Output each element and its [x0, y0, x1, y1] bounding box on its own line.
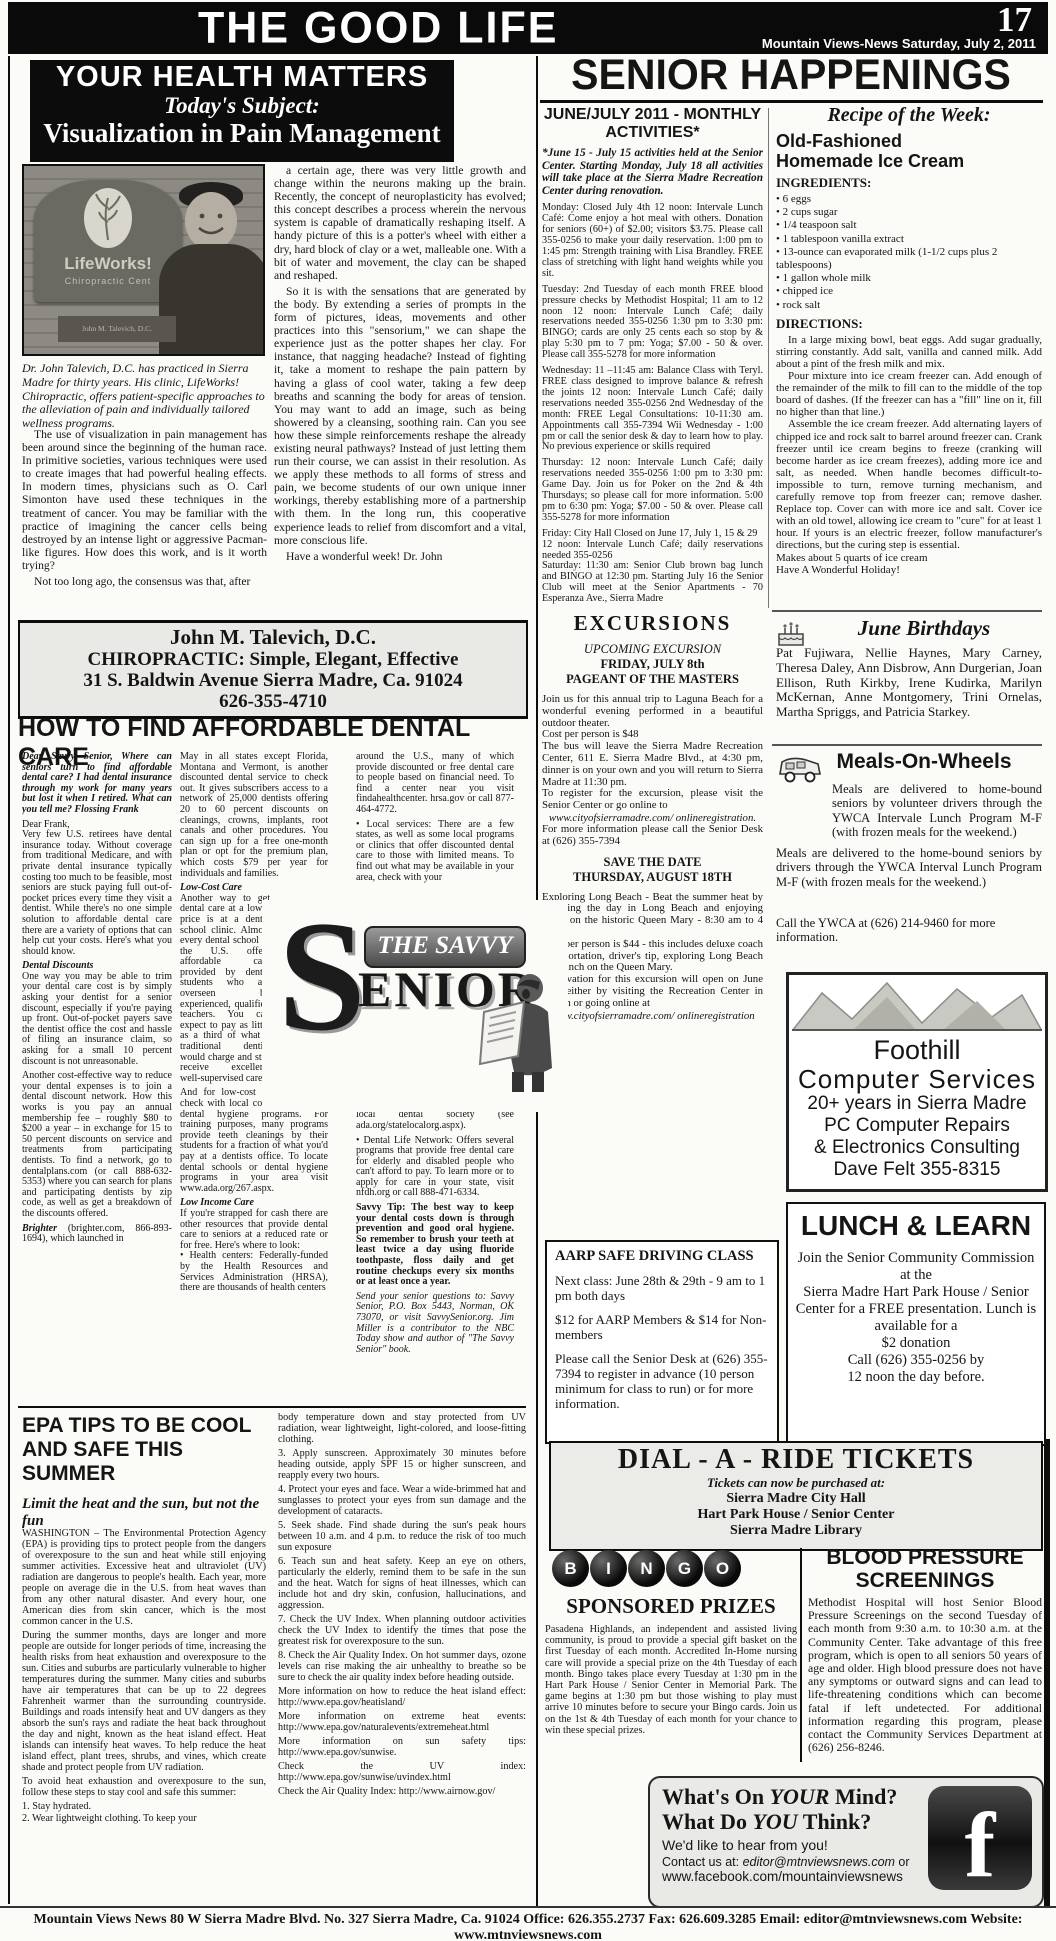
info-link: Check the Air Quality Index: http://www.… — [278, 1786, 526, 1797]
bingo-ball: N — [628, 1550, 665, 1587]
paragraph: around the U.S., many of which provide d… — [356, 752, 514, 816]
headline-rule — [540, 100, 1043, 103]
save-the-date-date: THURSDAY, AUGUST 18TH — [542, 870, 763, 885]
ad-line: PC Computer Repairs — [789, 1115, 1045, 1137]
ad-contact: Dave Felt 355-8315 — [789, 1159, 1045, 1181]
recipe-column: Recipe of the Week: Old-Fashioned Homema… — [776, 104, 1042, 576]
bingo-ball: I — [590, 1550, 627, 1587]
epa-headline: EPA TIPS TO BE COOL AND SAFE THIS SUMMER — [22, 1414, 272, 1486]
dial-title: DIAL - A - RIDE TICKETS — [551, 1445, 1041, 1475]
direction-step: Pour mixture into ice cream freezer can.… — [776, 370, 1042, 418]
brand-lead: Brighter — [22, 1223, 57, 1234]
excursion-label: UPCOMING EXCURSION — [542, 642, 763, 657]
paragraph: body temperature down and stay protected… — [278, 1412, 526, 1445]
birthdays-title: June Birthdays — [806, 616, 1042, 641]
facebook-url: www.facebook.com/mountainviewsnews — [662, 1869, 912, 1884]
paragraph: $12 for AARP Members & $14 for Non-membe… — [555, 1312, 769, 1342]
paragraph: Exploring Long Beach - Beat the summer h… — [542, 892, 763, 939]
day-schedule: Tuesday: 2nd Tuesday of each month FREE … — [542, 285, 763, 361]
masthead-dateline: Mountain Views-News Saturday, July 2, 20… — [762, 36, 1036, 51]
text: What Do — [662, 1809, 752, 1834]
text: What's On — [662, 1784, 770, 1809]
smile-icon — [185, 192, 237, 250]
footer-contact-line: Mountain Views News 80 W Sierra Madre Bl… — [0, 1912, 1056, 1941]
excursion-event: PAGEANT OF THE MASTERS — [542, 672, 763, 687]
talevich-photo: LifeWorks! Chiropractic Cent John M. Tal… — [22, 164, 265, 356]
direction-step: Assemble the ice cream freezer. Add alte… — [776, 418, 1042, 551]
savvy-tip: Savvy Tip: The best way to keep your den… — [356, 1203, 514, 1288]
line: at the — [788, 1267, 1044, 1284]
aarp-driving-class-box: AARP SAFE DRIVING CLASS Next class: June… — [545, 1240, 779, 1444]
chiropractic-ad: John M. Talevich, D.C. CHIROPRACTIC: Sim… — [18, 620, 528, 719]
health-subject: Visualization in Pain Management — [30, 118, 454, 148]
day-schedule: Saturday: 11:30 am: Senior Club brown ba… — [542, 561, 763, 605]
text: Think? — [798, 1809, 872, 1834]
save-the-date-title: SAVE THE DATE — [542, 855, 763, 870]
ingredient-item: chipped ice — [776, 285, 1042, 298]
column-signoff: Send your senior questions to: Savvy Sen… — [356, 1292, 514, 1356]
paragraph: May in all states except Florida, Montan… — [180, 752, 328, 879]
ingredient-item: 1/4 teaspoon salt — [776, 219, 1042, 232]
ad-line: Foothill — [789, 1036, 1045, 1065]
paragraph: So it is with the sensations that are ge… — [274, 285, 526, 547]
info-link: Check the UV index: http://www.epa.gov/s… — [278, 1761, 526, 1783]
directions-label: DIRECTIONS: — [776, 316, 1042, 332]
contact-line: Contact us at: editor@mtnviewsnews.com o… — [662, 1855, 912, 1869]
plant-icon — [84, 188, 132, 248]
article-signoff: Have a wonderful week! Dr. John — [274, 550, 526, 563]
dental-col1: Dear Savvy Senior, Where can seniors tur… — [22, 752, 172, 1406]
blood-pressure-title: BLOOD PRESSURE SCREENINGS — [808, 1546, 1042, 1592]
ad-address: 31 S. Baldwin Avenue Sierra Madre, Ca. 9… — [20, 670, 526, 691]
aarp-title: AARP SAFE DRIVING CLASS — [555, 1248, 769, 1265]
big-s-letter: S — [278, 886, 366, 1068]
sign-emblem — [84, 188, 132, 248]
emphasis: YOUR — [770, 1784, 830, 1809]
meals-title: Meals-On-Wheels — [806, 750, 1042, 774]
health-article-col2: a certain age, there was very little gro… — [274, 164, 526, 616]
paragraph: Another cost-effective way to reduce you… — [22, 1071, 172, 1219]
dial-subtitle: Tickets can now be purchased at: — [551, 1475, 1041, 1491]
list-item: 5. Seek shade. Find shade during the sun… — [278, 1520, 526, 1553]
ad-line: 20+ years in Sierra Madre — [789, 1093, 1045, 1115]
ad-name: John M. Talevich, D.C. — [20, 626, 526, 649]
man-face — [185, 192, 237, 250]
info-link: More information on how to reduce the he… — [278, 1686, 526, 1708]
section-divider — [772, 610, 1042, 612]
right-edge-bar — [1044, 1439, 1050, 1906]
direction-step: In a large mixing bowl, beat eggs. Add s… — [776, 334, 1042, 370]
paragraph: For more information please call the Sen… — [542, 824, 763, 848]
savvy-senior-logo: S THE SAVVY ENIOR — [262, 900, 568, 1112]
paragraph: Call the YWCA at (626) 214-9460 for more… — [776, 916, 1042, 945]
paragraph-text: Another way to get dental care at a lowe… — [180, 893, 270, 1084]
paragraph: Meals are delivered to home-bound senior… — [832, 782, 1042, 839]
line: $2 donation — [788, 1335, 1044, 1352]
ingredient-item: rock salt — [776, 299, 1042, 312]
sponsored-prizes-text: Pasadena Highlands, an independent and a… — [545, 1624, 797, 1764]
day-schedule: 12 noon: Intervale Lunch Café; daily res… — [542, 540, 763, 562]
epa-col1: WASHINGTON – The Environmental Protectio… — [22, 1528, 266, 1900]
bingo-blood-divider — [800, 1548, 802, 1762]
ingredient-item: 13-ounce can evaporated milk (1-1/2 cups… — [776, 246, 1042, 272]
bingo-ball: G — [666, 1550, 703, 1587]
birthdays-names: Pat Fujiwara, Nellie Haynes, Mary Carney… — [776, 646, 1042, 720]
lunch-learn-title: LUNCH & LEARN — [788, 1210, 1044, 1242]
ad-tagline: CHIROPRACTIC: Simple, Elegant, Effective — [20, 649, 526, 670]
list-item: 6. Teach sun and heat safety. Keep an ey… — [278, 1556, 526, 1611]
ad-line: & Electronics Consulting — [789, 1137, 1045, 1159]
ad-line: Computer Services — [789, 1065, 1045, 1093]
paragraph: Reservation for this excursion will open… — [542, 974, 763, 1009]
paragraph: Please call the Senior Desk at (626) 355… — [555, 1351, 769, 1411]
day-schedule: Wednesday: 11 –11:45 am: Balance Class w… — [542, 366, 763, 453]
emphasis: YOU — [752, 1809, 797, 1834]
mountains-graphic — [792, 975, 1042, 1031]
sponsored-prizes-title: SPONSORED PRIZES — [545, 1594, 797, 1619]
left-edge-rule — [8, 56, 10, 1904]
dial-location: Sierra Madre Library — [551, 1523, 1041, 1539]
lunch-and-learn-box: LUNCH & LEARN Join the Senior Community … — [786, 1202, 1046, 1446]
dial-location: Hart Park House / Senior Center — [551, 1507, 1041, 1523]
paragraph: If you're strapped for cash there are ot… — [180, 1209, 328, 1251]
line: 12 noon the day before. — [788, 1369, 1044, 1386]
plaque-sign: John M. Talevich, D.C. — [58, 316, 176, 342]
line: Join the Senior Community Commission — [788, 1250, 1044, 1267]
photo-caption: Dr. John Talevich, D.C. has practiced in… — [22, 362, 267, 431]
activities-recipe-rule — [768, 108, 769, 608]
recipe-title: Old-Fashioned Homemade Ice Cream — [776, 131, 976, 171]
feedback-line1: What's On YOUR Mind? — [662, 1784, 912, 1809]
ingredients-label: INGREDIENTS: — [776, 175, 1042, 191]
paragraph: The bus will leave the Sierra Madre Recr… — [542, 741, 763, 788]
blood-pressure-text: Methodist Hospital will host Senior Bloo… — [808, 1596, 1042, 1796]
paragraph: a certain age, there was very little gro… — [274, 164, 526, 282]
page-title: THE GOOD LIFE — [198, 3, 558, 54]
health-subject-label: Today's Subject: — [30, 93, 454, 118]
ad-phone: 626-355-4710 — [20, 691, 526, 712]
paragraph: To avoid heat exhaustion and overexposur… — [22, 1776, 266, 1798]
foothill-computer-ad: Foothill Computer Services 20+ years in … — [786, 972, 1048, 1192]
paragraph: Meals are delivered to the home-bound se… — [776, 846, 1042, 889]
ingredient-item: 2 cups sugar — [776, 206, 1042, 219]
health-matters-header: YOUR HEALTH MATTERS Today's Subject: Vis… — [30, 60, 454, 162]
recipe-kicker: Recipe of the Week: — [776, 104, 1042, 127]
line: Call (626) 355-0256 by — [788, 1352, 1044, 1369]
facebook-icon: f — [928, 1786, 1032, 1890]
paragraph: Brighter (brighter.com, 866-893-1694), w… — [22, 1224, 172, 1245]
newspaper-reader-icon — [478, 972, 564, 1099]
bullet-item: • Dental Life Network: Offers several pr… — [356, 1136, 514, 1200]
activities-note: *June 15 - July 15 activities held at th… — [542, 147, 763, 197]
bingo-ball: B — [552, 1550, 589, 1587]
footer-rule — [0, 1906, 1056, 1908]
bingo-logo: B I N G O — [552, 1550, 802, 1590]
paragraph: Cost per person is $44 - this includes d… — [542, 939, 763, 974]
dial-a-ride-box: DIAL - A - RIDE TICKETS Tickets can now … — [549, 1441, 1043, 1551]
letter-intro: Dear Savvy Senior, Where can seniors tur… — [22, 752, 172, 816]
newspaper-page: THE GOOD LIFE 17 Mountain Views-News Sat… — [0, 0, 1056, 1941]
list-item: 3. Apply sunscreen. Approximately 30 min… — [278, 1448, 526, 1481]
feedback-line2: What Do YOU Think? — [662, 1809, 912, 1834]
senior-happenings-headline: SENIOR HAPPENINGS — [538, 50, 1044, 99]
excursions-title: EXCURSIONS — [542, 611, 763, 636]
list-item: 4. Protect your eyes and face. Wear a wi… — [278, 1484, 526, 1517]
bullet-item: • Local services: There are a few states… — [356, 820, 514, 884]
paragraph: Very few U.S. retirees have dental insur… — [22, 830, 172, 957]
text: Contact us at: — [662, 1855, 743, 1869]
info-link: More information on extreme heat events:… — [278, 1711, 526, 1733]
paragraph: To register for the excursion, please vi… — [542, 788, 763, 812]
contact-email: editor@mtnviewsnews.com — [743, 1855, 895, 1869]
recipe-yield: Makes about 5 quarts of ice cream — [776, 552, 1042, 564]
paragraph: WASHINGTON – The Environmental Protectio… — [22, 1528, 266, 1627]
paragraph: Join us for this annual trip to Laguna B… — [542, 694, 763, 729]
day-schedule: Monday: Closed July 4th 12 noon: Interva… — [542, 203, 763, 279]
ingredient-item: 1 tablespoon vanilla extract — [776, 233, 1042, 246]
text: Mind? — [829, 1784, 897, 1809]
activities-title: JUNE/JULY 2011 - MONTHLY ACTIVITIES* — [542, 106, 763, 142]
ingredient-item: 6 eggs — [776, 193, 1042, 206]
list-item: 7. Check the UV Index. When planning out… — [278, 1614, 526, 1647]
paragraph: One way you may be able to trim your den… — [22, 972, 172, 1067]
health-kicker: YOUR HEALTH MATTERS — [30, 62, 454, 93]
paragraph: The use of visualization in pain managem… — [22, 428, 267, 572]
paragraph: Next class: June 28th & 29th - 9 am to 1… — [555, 1273, 769, 1303]
recipe-closing: Have A Wonderful Holiday! — [776, 564, 1042, 576]
line: Sierra Madre Hart Park House / Senior Ce… — [788, 1284, 1044, 1335]
epa-col2: body temperature down and stay protected… — [278, 1412, 526, 1902]
feedback-box: What's On YOUR Mind? What Do YOU Think? … — [648, 1776, 1044, 1908]
epa-subhead: Limit the heat and the sun, but not the … — [22, 1496, 272, 1530]
sign-title: LifeWorks! — [34, 254, 182, 274]
ingredient-item: 1 gallon whole milk — [776, 272, 1042, 285]
feedback-invite: We'd like to hear from you! — [662, 1837, 912, 1853]
day-schedule: Thursday: 12 noon: Intervale Lunch Café;… — [542, 458, 763, 523]
list-item: 8. Check the Air Quality Index. On hot s… — [278, 1650, 526, 1683]
excursion-date: FRIDAY, JULY 8th — [542, 657, 763, 672]
page-number: 17 — [997, 0, 1032, 40]
health-article-col1: The use of visualization in pain managem… — [22, 428, 267, 616]
page-header: THE GOOD LIFE 17 Mountain Views-News Sat… — [8, 2, 1048, 54]
info-link: More information on sun safety tips: htt… — [278, 1736, 526, 1758]
text: or — [895, 1855, 910, 1869]
list-item: 1. Stay hydrated. — [22, 1801, 266, 1812]
bingo-ball: O — [704, 1550, 741, 1587]
paragraph: Not too long ago, the consensus was that… — [22, 575, 267, 588]
bullet-item: • Health centers: Federally-funded by th… — [180, 1251, 328, 1293]
registration-url: www.cityofsierramadre.com/ onlineregistr… — [542, 1010, 763, 1022]
section-divider — [18, 1406, 526, 1408]
section-divider — [772, 744, 1042, 746]
dial-location: Sierra Madre City Hall — [551, 1491, 1041, 1507]
list-item: 2. Wear lightweight clothing. To keep yo… — [22, 1813, 266, 1824]
monthly-activities-column: JUNE/JULY 2011 - MONTHLY ACTIVITIES* *Ju… — [542, 106, 763, 1238]
paragraph: During the summer months, days are longe… — [22, 1630, 266, 1773]
